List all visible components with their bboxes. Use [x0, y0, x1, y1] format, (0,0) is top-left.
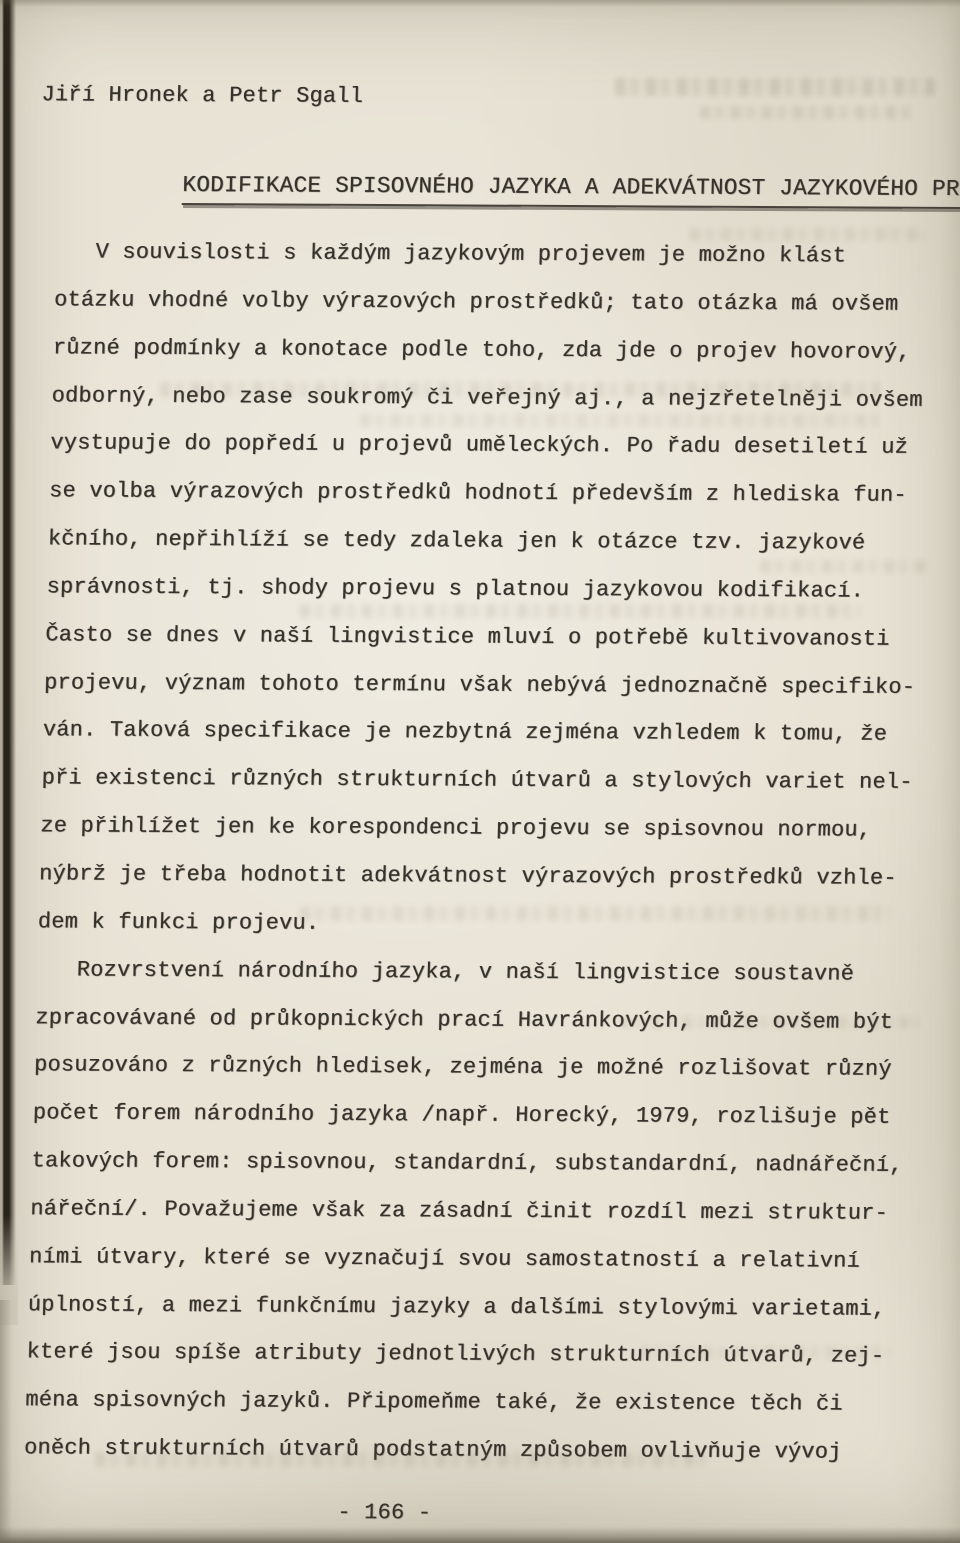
text-line: ními útvary, které se vyznačují svou sam…: [28, 1233, 909, 1285]
text-line: odborný, nebo zase soukromý či veřejný a…: [51, 372, 932, 424]
text-line: Rozvrstvení národního jazyka, v naší lin…: [36, 946, 917, 998]
text-line: otázku vhodné volby výrazových prostředk…: [54, 276, 935, 328]
text-line: Často se dnes v naší lingvistice mluví o…: [45, 611, 926, 663]
text-line: se volba výrazových prostředků hodnotí p…: [49, 468, 930, 520]
text-line: kčního, nepřihlíží se tedy zdaleka jen k…: [47, 515, 928, 567]
scanned-paper-page: Jiří Hronek a Petr Sgall KODIFIKACE SPIS…: [0, 0, 960, 1543]
text-line: počet forem národního jazyka /např. Hore…: [32, 1089, 913, 1141]
text-line: oněch strukturních útvarů podstatným způ…: [23, 1424, 904, 1476]
text-line: dem k funkci projevu.: [37, 898, 918, 950]
text-line: ména spisovných jazyků. Připomeňme také,…: [25, 1377, 906, 1429]
text-line: úplností, a mezi funkčnímu jazyky a dalš…: [27, 1281, 908, 1333]
text-line: V souvislosti s každým jazykovým projeve…: [55, 228, 936, 280]
text-line: nýbrž je třeba hodnotit adekvátnost výra…: [38, 850, 919, 902]
text-line: takových forem: spisovnou, standardní, s…: [31, 1137, 912, 1189]
page-content: Jiří Hronek a Petr Sgall KODIFIKACE SPIS…: [0, 0, 960, 1543]
text-line: zpracovávané od průkopnických prací Havr…: [35, 994, 916, 1046]
body-text: V souvislosti s každým jazykovým projeve…: [23, 228, 935, 1477]
text-line: posuzováno z různých hledisek, zejména j…: [33, 1042, 914, 1094]
paper-title: KODIFIKACE SPISOVNÉHO JAZYKA A ADEKVÁTNO…: [98, 140, 960, 240]
text-line: ze přihlížet jen ke korespondenci projev…: [40, 802, 921, 854]
author-line: Jiří Hronek a Petr Sgall: [41, 80, 363, 112]
text-line: nářeční/. Považujeme však za zásadní čin…: [30, 1185, 911, 1237]
text-line: projevu, význam tohoto termínu však nebý…: [43, 659, 924, 711]
text-line: správnosti, tj. shody projevu s platnou …: [46, 563, 927, 615]
text-line: vystupuje do popředí u projevů uměleckýc…: [50, 420, 931, 472]
text-line: které jsou spíše atributy jednotlivých s…: [26, 1329, 907, 1381]
text-line: ván. Taková specifikace je nezbytná zejm…: [42, 707, 923, 759]
page-number: - 166 -: [337, 1498, 432, 1528]
paper-title-text: KODIFIKACE SPISOVNÉHO JAZYKA A ADEKVÁTNO…: [182, 170, 960, 209]
text-line: různé podmínky a konotace podle toho, zd…: [52, 324, 933, 376]
text-line: při existenci různých strukturních útvar…: [41, 755, 922, 807]
